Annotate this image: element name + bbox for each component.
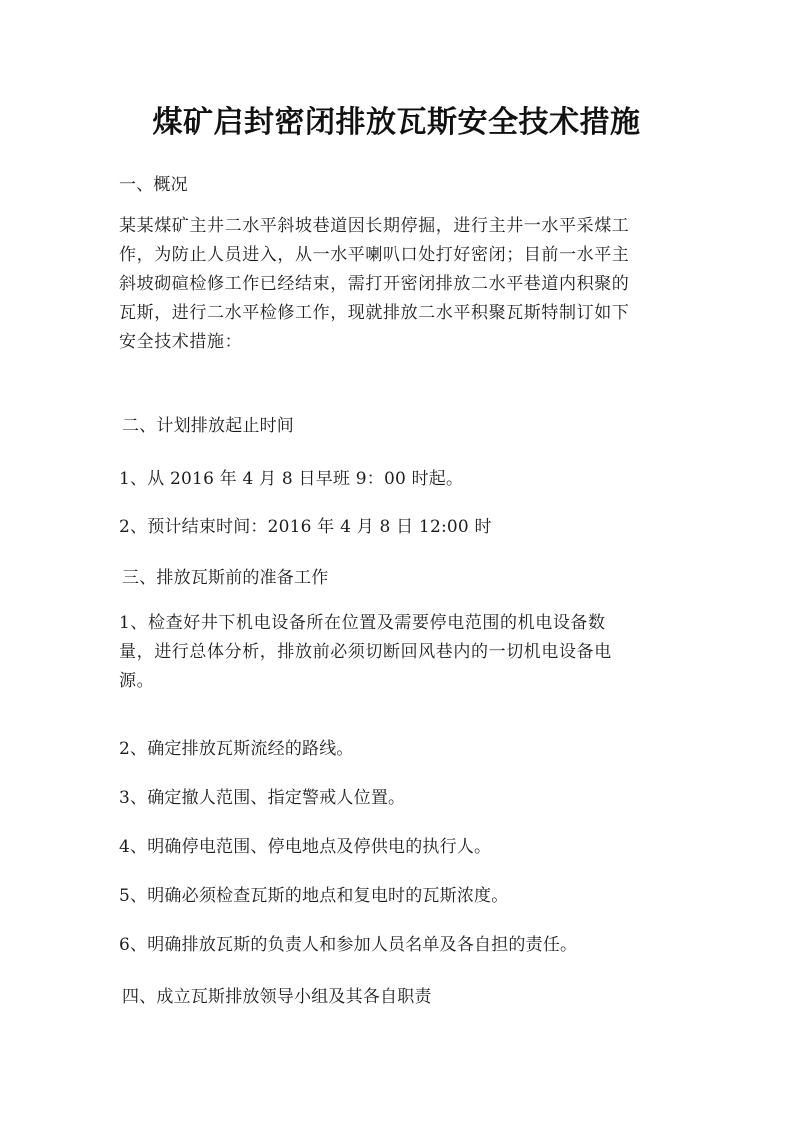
list-item-end-time: 2、预计结束时间：2016 年 4 月 8 日 12:00 时 (119, 512, 492, 537)
paragraph-line: 源。 (119, 667, 679, 696)
paragraph-line: 1、检查好井下机电设备所在位置及需要停电范围的机电设备数 (119, 609, 679, 638)
list-item-start-time: 1、从 2016 年 4 月 8 日早班 9：00 时起。 (119, 464, 463, 489)
list-item: 6、明确排放瓦斯的负责人和参加人员名单及各自担的责任。 (119, 930, 577, 955)
paragraph-line: 斜坡砌碹检修工作已经结束，需打开密闭排放二水平巷道内积聚的 (119, 270, 679, 299)
preparation-item-1: 1、检查好井下机电设备所在位置及需要停电范围的机电设备数 量，进行总体分析，排放… (119, 609, 679, 696)
document-title: 煤矿启封密闭排放瓦斯安全技术措施 (0, 97, 793, 141)
section-heading-schedule: 二、计划排放起止时间 (122, 411, 294, 436)
list-item: 2、确定排放瓦斯流经的路线。 (119, 734, 354, 759)
section-heading-leadership-group: 四、成立瓦斯排放领导小组及其各自职责 (122, 982, 432, 1007)
section-heading-overview: 一、概况 (119, 170, 188, 195)
paragraph-line: 作，为防止人员进入，从一水平喇叭口处打好密闭；目前一水平主 (119, 241, 679, 270)
list-item: 5、明确必须检查瓦斯的地点和复电时的瓦斯浓度。 (119, 881, 508, 906)
paragraph-line: 量，进行总体分析，排放前必须切断回风巷内的一切机电设备电 (119, 638, 679, 667)
paragraph-line: 瓦斯，进行二水平检修工作，现就排放二水平积聚瓦斯特制订如下 (119, 299, 679, 328)
paragraph-line: 某某煤矿主井二水平斜坡巷道因长期停掘，进行主井一水平采煤工 (119, 212, 679, 241)
overview-paragraph: 某某煤矿主井二水平斜坡巷道因长期停掘，进行主井一水平采煤工 作，为防止人员进入，… (119, 212, 679, 357)
list-item: 3、确定撤人范围、指定警戒人位置。 (119, 783, 405, 808)
paragraph-line: 安全技术措施： (119, 328, 679, 357)
section-heading-preparation: 三、排放瓦斯前的准备工作 (122, 563, 328, 588)
list-item: 4、明确停电范围、停电地点及停供电的执行人。 (119, 832, 491, 857)
document-page: 煤矿启封密闭排放瓦斯安全技术措施 一、概况 某某煤矿主井二水平斜坡巷道因长期停掘… (0, 0, 793, 1122)
